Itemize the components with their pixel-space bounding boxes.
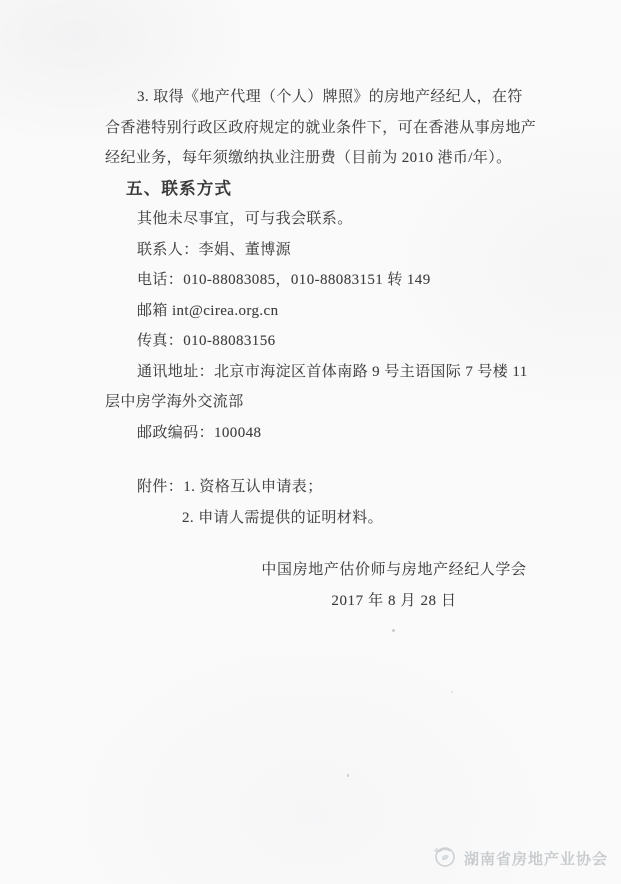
paragraph-item3-line3: 经纪业务，每年须缴纳执业注册费（目前为 2010 港币/年）。 bbox=[105, 145, 557, 176]
signature-date: 2017 年 8 月 28 日 bbox=[169, 588, 619, 619]
attachments-line2: 2. 申请人需提供的证明材料。 bbox=[105, 505, 557, 536]
scan-speck bbox=[451, 691, 453, 693]
contact-person: 联系人：李娟、董博源 bbox=[105, 237, 557, 268]
contact-fax: 传真：010-88083156 bbox=[105, 328, 557, 359]
attachments-line1: 附件：1. 资格互认申请表； bbox=[105, 474, 557, 505]
contact-intro: 其他未尽事宜，可与我会联系。 bbox=[105, 206, 557, 237]
scanned-document-page: 3. 取得《地产代理（个人）牌照》的房地产经纪人，在符 合香港特别行政区政府规定… bbox=[0, 0, 621, 884]
paragraph-item3-line2: 合香港特别行政区政府规定的就业条件下，可在香港从事房地产 bbox=[105, 115, 557, 146]
watermark-text: 湖南省房地产业协会 bbox=[464, 848, 608, 869]
document-body: 3. 取得《地产代理（个人）牌照》的房地产经纪人，在符 合香港特别行政区政府规定… bbox=[105, 84, 557, 535]
paragraph-item3-line1: 3. 取得《地产代理（个人）牌照》的房地产经纪人，在符 bbox=[105, 84, 557, 115]
scan-speck bbox=[392, 629, 395, 632]
section-heading-contact: 五、联系方式 bbox=[105, 176, 557, 207]
contact-address-line1: 通讯地址：北京市海淀区首体南路 9 号主语国际 7 号楼 11 bbox=[105, 359, 557, 390]
watermark: 湖南省房地产业协会 bbox=[431, 843, 608, 874]
contact-phone: 电话：010-88083085，010-88083151 转 149 bbox=[105, 267, 557, 298]
scan-speck bbox=[347, 774, 349, 777]
signature-organization: 中国房地产估价师与房地产经纪人学会 bbox=[169, 557, 619, 588]
contact-address-line2: 层中房学海外交流部 bbox=[105, 389, 557, 420]
signature-block: 中国房地产估价师与房地产经纪人学会 2017 年 8 月 28 日 bbox=[169, 557, 619, 618]
contact-postal-code: 邮政编码：100048 bbox=[105, 420, 557, 451]
contact-email: 邮箱 int@cirea.org.cn bbox=[105, 298, 557, 329]
association-emblem-icon bbox=[431, 843, 457, 874]
